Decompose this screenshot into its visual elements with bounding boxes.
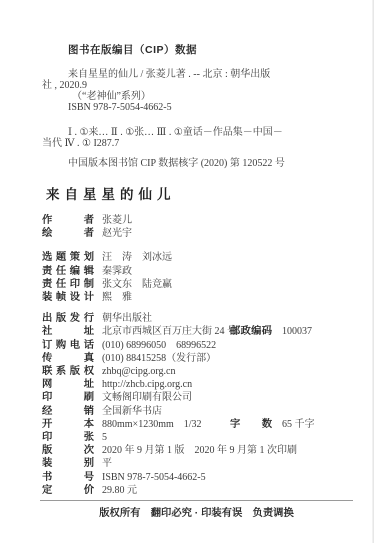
credit-row-design: 装帧设计 熙 雅 [42, 291, 355, 304]
credit-value: 文畅阁印刷有限公司 [102, 391, 192, 404]
credit-label: 传真 [42, 352, 94, 365]
credit-row-fax: 传真 (010) 88415258（发行部） [42, 352, 355, 365]
credit-value: 张文东 陆竞赢 [102, 278, 172, 291]
classification-line: 当代 Ⅳ . ① I287.7 [42, 138, 355, 149]
credit-row-rights-email: 联系版权 zhbq@cipg.org.cn [42, 365, 355, 378]
credit-label: 印刷 [42, 391, 94, 404]
credit-value: 5 [102, 431, 107, 444]
postal-code-label: 邮政编码 [230, 325, 272, 338]
credit-row-website: 网址 http://zhcb.cipg.org.cn [42, 378, 355, 391]
credit-row-format: 开本 880mm×1230mm 1/32 字数 65 千字 [42, 418, 355, 431]
credit-value: 张菱儿 [102, 214, 132, 227]
series-note: （“老神仙”系列） [72, 91, 355, 102]
credit-row-edition: 版次 2020 年 9 月第 1 版 2020 年 9 月第 1 次印刷 [42, 444, 355, 457]
credit-row-print-supervisor: 责任印制 张文东 陆竞赢 [42, 278, 355, 291]
credit-value: 秦霁政 [102, 265, 132, 278]
credit-row-sheets: 印张 5 [42, 431, 355, 444]
credit-row-editor: 责任编辑 秦霁政 [42, 265, 355, 278]
cip-description: 来自星星的仙儿 / 张菱儿著 . -- 北京 : 朝华出版 社 , 2020.9… [42, 69, 355, 113]
cip-classification: Ⅰ . ①来… Ⅱ . ①张… Ⅲ . ①童话－作品集－中国－ 当代 Ⅳ . ①… [42, 127, 355, 149]
credit-label: 责任编辑 [42, 265, 94, 278]
credit-value: 29.80 元 [102, 484, 137, 497]
credit-row-isbn: 书号 ISBN 978-7-5054-4662-5 [42, 471, 355, 484]
credit-label: 绘者 [42, 227, 94, 240]
credit-label: 作者 [42, 214, 94, 227]
credit-label: 经销 [42, 405, 94, 418]
credit-label: 社址 [42, 325, 94, 338]
word-count-value: 65 千字 [282, 418, 315, 431]
credit-value: 北京市西城区百万庄大街 24 号 [102, 325, 237, 338]
publication-credits: 作者 张菱儿 绘者 赵光宇 选题策划 汪 涛 刘冰远 责任编辑 秦霁政 责任印制… [42, 214, 355, 497]
credit-value: http://zhcb.cipg.org.cn [102, 378, 192, 391]
credit-label: 装帧设计 [42, 291, 94, 304]
credit-value: 880mm×1230mm 1/32 [102, 418, 202, 431]
credit-value: 汪 涛 刘冰远 [102, 251, 172, 264]
credit-label: 联系版权 [42, 365, 94, 378]
credit-label: 订购电话 [42, 339, 94, 352]
postal-code-value: 100037 [282, 325, 312, 338]
credit-label: 定价 [42, 484, 94, 497]
credit-value: 朝华出版社 [102, 312, 152, 325]
credit-value: zhbq@cipg.org.cn [102, 365, 175, 378]
copyright-page: 图书在版编目（CIP）数据 来自星星的仙儿 / 张菱儿著 . -- 北京 : 朝… [0, 0, 375, 543]
word-count-group: 字数 65 千字 [230, 418, 315, 431]
isbn-line: ISBN 978-7-5054-4662-5 [68, 102, 355, 113]
credit-row-order-phone: 订购电话 (010) 68996050 68996522 [42, 339, 355, 352]
credit-value: (010) 88415258（发行部） [102, 352, 216, 365]
credit-label: 印张 [42, 431, 94, 444]
credit-label: 选题策划 [42, 251, 94, 264]
credit-label: 出版发行 [42, 312, 94, 325]
credit-value: ISBN 978-7-5054-4662-5 [102, 471, 206, 484]
credit-value: 赵光宇 [102, 227, 132, 240]
credit-row-author: 作者 张菱儿 [42, 214, 355, 227]
credit-row-binding: 装别 平 [42, 457, 355, 470]
credit-value: 平 [102, 457, 112, 470]
word-count-label: 字数 [230, 418, 272, 431]
book-title: 来自星星的仙儿 [46, 186, 355, 203]
cip-record-line: 中国版本图书馆 CIP 数据核字 (2020) 第 120522 号 [68, 158, 355, 169]
postal-code-group: 邮政编码 100037 [230, 325, 312, 338]
credit-row-publisher: 出版发行 朝华出版社 [42, 312, 355, 325]
credit-label: 书号 [42, 471, 94, 484]
credit-row-illustrator: 绘者 赵光宇 [42, 227, 355, 240]
credit-value: 2020 年 9 月第 1 版 2020 年 9 月第 1 次印刷 [102, 444, 297, 457]
credit-row-printer: 印刷 文畅阁印刷有限公司 [42, 391, 355, 404]
divider [40, 500, 353, 501]
credit-value: 熙 雅 [102, 291, 132, 304]
credit-label: 装别 [42, 457, 94, 470]
credit-label: 开本 [42, 418, 94, 431]
credit-value: 全国新华书店 [102, 405, 162, 418]
credit-label: 版次 [42, 444, 94, 457]
cip-heading: 图书在版编目（CIP）数据 [68, 45, 355, 56]
credit-row-price: 定价 29.80 元 [42, 484, 355, 497]
credit-value: (010) 68996050 68996522 [102, 339, 216, 352]
credit-row-planning: 选题策划 汪 涛 刘冰远 [42, 251, 355, 264]
credit-label: 网址 [42, 378, 94, 391]
cip-description-line: 社 , 2020.9 [42, 80, 355, 91]
page-content: 图书在版编目（CIP）数据 来自星星的仙儿 / 张菱儿著 . -- 北京 : 朝… [0, 0, 375, 520]
copyright-notice: 版权所有 翻印必究 · 印装有误 负责调换 [40, 507, 353, 520]
credit-row-distributor: 经销 全国新华书店 [42, 405, 355, 418]
credit-label: 责任印制 [42, 278, 94, 291]
classification-line: Ⅰ . ①来… Ⅱ . ①张… Ⅲ . ①童话－作品集－中国－ [68, 127, 355, 138]
credit-row-address: 社址 北京市西城区百万庄大街 24 号 邮政编码 100037 [42, 325, 355, 338]
cip-description-line: 来自星星的仙儿 / 张菱儿著 . -- 北京 : 朝华出版 [68, 69, 355, 80]
